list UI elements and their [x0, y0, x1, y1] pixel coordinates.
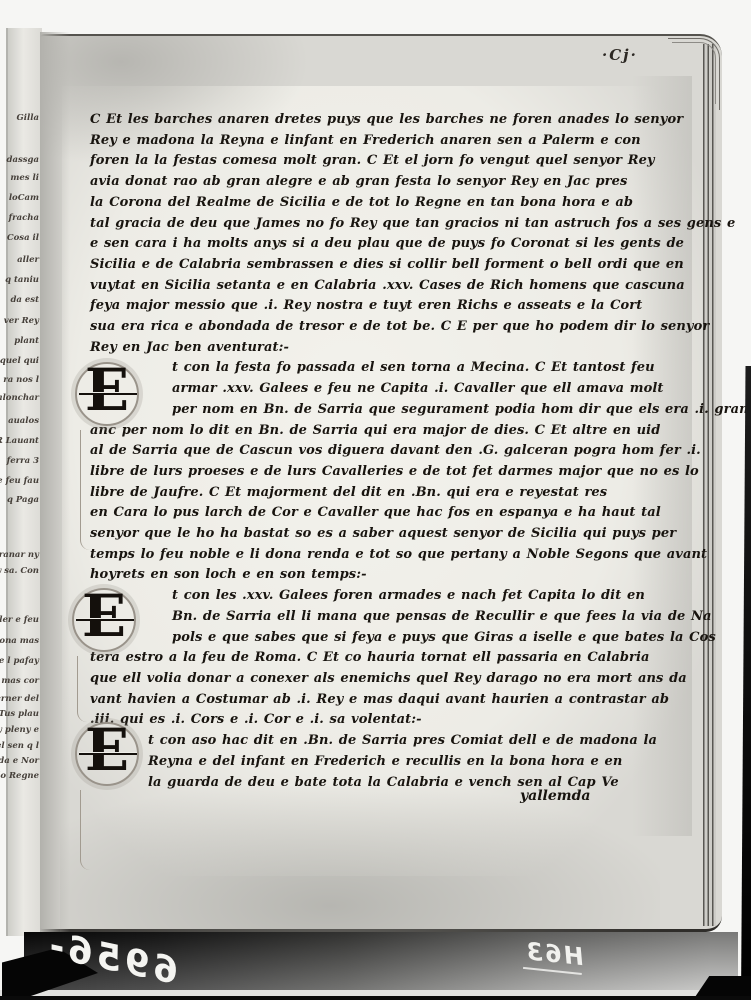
initial-bar-icon — [76, 618, 134, 621]
fragment-text: mas cor — [1, 676, 39, 686]
fragment-text: q taniu — [5, 275, 39, 285]
fragment-text: dona mas — [0, 636, 39, 646]
fragment-text: ra nos l — [3, 375, 39, 385]
fragment-text: ranar ny — [0, 550, 39, 560]
text-line: Rey en Jac ben aventurat:- — [90, 338, 662, 359]
fragment-text: e feu fau — [0, 476, 39, 486]
fragment-text: aller — [17, 255, 39, 265]
text-line: hoyrets en son loch e en son temps:- — [90, 565, 662, 586]
fragment-text: el sen q l — [0, 741, 39, 751]
fragment-text: Cosa il — [7, 233, 39, 243]
text-line: C Et les barches anaren dretes puys que … — [90, 110, 662, 131]
catchword: yallemda — [520, 788, 590, 804]
photo-bottom-edge — [0, 996, 751, 1000]
fragment-text: verner del — [0, 694, 39, 704]
fragment-text: y sa. Con — [0, 566, 39, 576]
fragment-text: Gilla — [17, 113, 39, 123]
initial-letter: E — [73, 356, 141, 424]
text-line: sua era rica e abondada de tresor e de t… — [90, 317, 662, 338]
initial-bar-icon — [79, 392, 137, 395]
facing-page-edge: Gilla dassga mes li loCam fracha Cosa il… — [6, 28, 42, 936]
fragment-text: mes li — [10, 173, 39, 183]
penwork-flourish-icon — [80, 790, 90, 870]
page-fore-edge-lines — [703, 44, 716, 926]
text-line: t con les .xxv. Galees foren armades e n… — [90, 586, 662, 607]
text-line: feya major messio que .i. Rey nostra e t… — [90, 296, 662, 317]
text-block: C Et les barches anaren dretes puys que … — [90, 110, 662, 793]
manuscript-page: ·Cj· C Et les barches anaren dretes puys… — [40, 34, 722, 932]
fragment-text: q Paga — [7, 495, 39, 505]
text-line: per nom en Bn. de Sarria que segurament … — [90, 400, 662, 421]
fragment-text: Tus plau — [0, 709, 39, 719]
text-line: temps lo feu noble e li dona renda e tot… — [90, 545, 662, 566]
text-line: anc per nom lo dit en Bn. de Sarria qui … — [90, 421, 662, 442]
text-line: t con aso hac dit en .Bn. de Sarria pres… — [90, 731, 662, 752]
negative-code-mirrored: H63 — [522, 937, 585, 975]
fragment-text: alonchar — [0, 393, 39, 403]
fragment-text: loCam — [9, 193, 39, 203]
penwork-flourish-icon — [77, 656, 87, 722]
fragment-text: da est — [10, 295, 39, 305]
text-line: al de Sarria que de Cascun vos diguera d… — [90, 441, 662, 462]
fragment-text: aualos — [8, 416, 39, 426]
penwork-flourish-icon — [80, 430, 90, 550]
fragment-text: ver Rey — [4, 316, 39, 326]
fragment-text: qda e Nor — [0, 756, 39, 766]
fragment-text: lo Regne — [0, 771, 39, 781]
text-line: foren la la festas comesa molt gran. C E… — [90, 151, 662, 172]
text-line: e sen cara i ha molts anys si a deu plau… — [90, 234, 662, 255]
text-line: libre de lurs proeses e de lurs Cavaller… — [90, 462, 662, 483]
initial-letter: E — [70, 582, 138, 650]
text-line: .iii. qui es .i. Cors e .i. Cor e .i. sa… — [90, 710, 662, 731]
fragment-text: fracha — [8, 213, 39, 223]
fragment-text: plant — [14, 336, 39, 346]
fragment-text: quel qui — [0, 356, 39, 366]
text-line: t con la festa fo passada el sen torna a… — [90, 358, 662, 379]
text-line: Reyna e del infant en Frederich e recull… — [90, 752, 662, 773]
text-line: armar .xxv. Galees e feu ne Capita .i. C… — [90, 379, 662, 400]
fragment-text: aller e feu — [0, 615, 39, 625]
text-line: tera estro a la feu de Roma. C Et co hau… — [90, 648, 662, 669]
page-stain — [60, 786, 660, 936]
text-line: vuytat en Sicilia setanta e en Calabria … — [90, 276, 662, 297]
text-line: libre de Jaufre. C Et majorment del dit … — [90, 483, 662, 504]
fragment-text: R Lauant — [0, 436, 39, 446]
photo-right-edge — [741, 366, 751, 1000]
fragment-text: y pleny e — [0, 725, 39, 735]
book-gutter-shadow — [40, 32, 70, 932]
page-corner-edge — [672, 42, 716, 104]
text-line: pols e que sabes que si feya e puys que … — [90, 628, 662, 649]
text-line: Rey e madona la Reyna e linfant en Frede… — [90, 131, 662, 152]
folio-number: ·Cj· — [602, 46, 638, 64]
text-line: senyor que le ho ha bastat so es a saber… — [90, 524, 662, 545]
text-line: en Cara lo pus larch de Cor e Cavaller q… — [90, 503, 662, 524]
text-line: avia donat rao ab gran alegre e ab gran … — [90, 172, 662, 193]
text-line: que ell volia donar a conexer als enemic… — [90, 669, 662, 690]
decorated-initial-E: E — [73, 722, 141, 788]
decorated-initial-E: E — [73, 362, 141, 428]
text-line: Bn. de Sarria ell li mana que pensas de … — [90, 607, 662, 628]
fragment-text: dassga — [7, 155, 39, 165]
text-line: vant havien a Costumar ab .i. Rey e mas … — [90, 690, 662, 711]
initial-bar-icon — [79, 752, 137, 755]
fragment-text: ferra 3 — [7, 456, 39, 466]
fragment-text: e l pafay — [0, 656, 39, 666]
text-line: Sicilia e de Calabria sembrassen e dies … — [90, 255, 662, 276]
text-line: la Corona del Realme de Sicilia e de tot… — [90, 193, 662, 214]
initial-letter: E — [73, 716, 141, 784]
text-line: tal gracia de deu que James no fo Rey qu… — [90, 214, 662, 235]
decorated-initial-E: E — [70, 588, 138, 654]
